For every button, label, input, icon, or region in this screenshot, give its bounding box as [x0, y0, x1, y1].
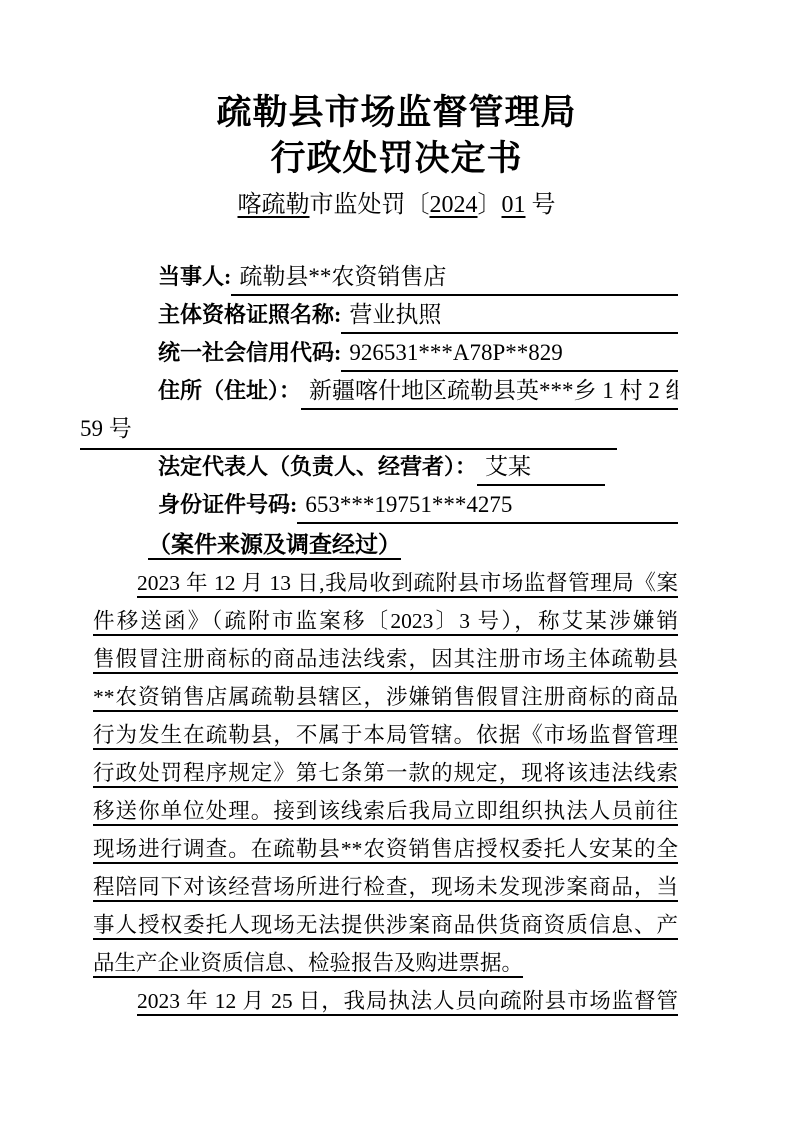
section-heading: （案件来源及调查经过）: [93, 526, 678, 564]
body-line: 件移送函》（疏附市监案移〔2023〕3 号），称艾某涉嫌销: [93, 602, 678, 640]
field-address-value: 新疆喀什地区疏勒县英***乡 1 村 2 组: [301, 374, 678, 410]
document-page: 疏勒县市场监督管理局 行政处罚决定书 喀疏勒市监处罚〔2024〕01 号 当事人…: [0, 0, 793, 1122]
field-address-label: 住所（住址）：: [158, 374, 301, 408]
body-line: 程陪同下对该经营场所进行检查，现场未发现涉案商品，当: [93, 868, 678, 906]
field-address: 住所（住址）： 新疆喀什地区疏勒县英***乡 1 村 2 组: [93, 374, 678, 412]
agency-title: 疏勒县市场监督管理局: [0, 90, 793, 136]
field-license-name-label: 主体资格证照名称:: [158, 298, 341, 332]
body-line: 品生产企业资质信息、检验报告及购进票据。: [93, 944, 678, 982]
case-number-authority: 市监处罚〔: [310, 192, 430, 218]
section-heading-text: （案件来源及调查经过）: [148, 532, 401, 557]
field-id-number: 身份证件号码: 653***19751***4275: [93, 488, 678, 526]
body-line: 售假冒注册商标的商品违法线索，因其注册市场主体疏勒县: [93, 640, 678, 678]
field-id-number-value: 653***19751***4275: [297, 488, 678, 524]
body-line: 行政处罚程序规定》第七条第一款的规定，现将该违法线索: [93, 754, 678, 792]
case-number-year: 2024: [430, 192, 478, 218]
case-number: 喀疏勒市监处罚〔2024〕01 号: [0, 190, 793, 220]
field-address-continued: 59 号: [80, 412, 617, 450]
case-number-prefix: 喀疏勒: [238, 192, 310, 218]
field-credit-code: 统一社会信用代码: 926531***A78P**829: [93, 336, 678, 374]
body-line: 行为发生在疏勒县，不属于本局管辖。依据《市场监督管理: [93, 716, 678, 754]
body-line: 2023 年 12 月 25 日，我局执法人员向疏附县市场监督管: [93, 982, 678, 1020]
field-legal-rep-value: 艾某: [477, 450, 605, 486]
field-credit-code-value: 926531***A78P**829: [341, 336, 678, 372]
case-number-serial: 01: [502, 192, 526, 218]
body-line: 事人授权委托人现场无法提供涉案商品供货商资质信息、产: [93, 906, 678, 944]
case-number-bracket: 〕: [478, 192, 502, 218]
field-legal-rep: 法定代表人（负责人、经营者）： 艾某: [93, 450, 678, 488]
field-party: 当事人: 疏勒县**农资销售店: [93, 260, 678, 298]
case-number-suffix: 号: [526, 192, 556, 218]
body-text: 2023 年 12 月 13 日,我局收到疏附县市场监督管理局《案 件移送函》（…: [93, 564, 678, 1020]
document-header: 疏勒县市场监督管理局 行政处罚决定书: [0, 90, 793, 182]
field-party-value: 疏勒县**农资销售店: [231, 260, 678, 296]
body-line: 移送你单位处理。接到该线索后我局立即组织执法人员前往: [93, 792, 678, 830]
document-type-title: 行政处罚决定书: [0, 136, 793, 182]
field-party-label: 当事人:: [158, 260, 231, 294]
field-id-number-label: 身份证件号码:: [158, 488, 297, 522]
body-line: 2023 年 12 月 13 日,我局收到疏附县市场监督管理局《案: [93, 564, 678, 602]
field-license-name-value: 营业执照: [341, 298, 678, 334]
field-legal-rep-label: 法定代表人（负责人、经营者）：: [158, 450, 477, 484]
field-credit-code-label: 统一社会信用代码:: [158, 336, 341, 370]
body-line: **农资销售店属疏勒县辖区，涉嫌销售假冒注册商标的商品: [93, 678, 678, 716]
party-info-section: 当事人: 疏勒县**农资销售店 主体资格证照名称: 营业执照 统一社会信用代码:…: [93, 260, 678, 526]
body-line: 现场进行调查。在疏勒县**农资销售店授权委托人安某的全: [93, 830, 678, 868]
field-license-name: 主体资格证照名称: 营业执照: [93, 298, 678, 336]
